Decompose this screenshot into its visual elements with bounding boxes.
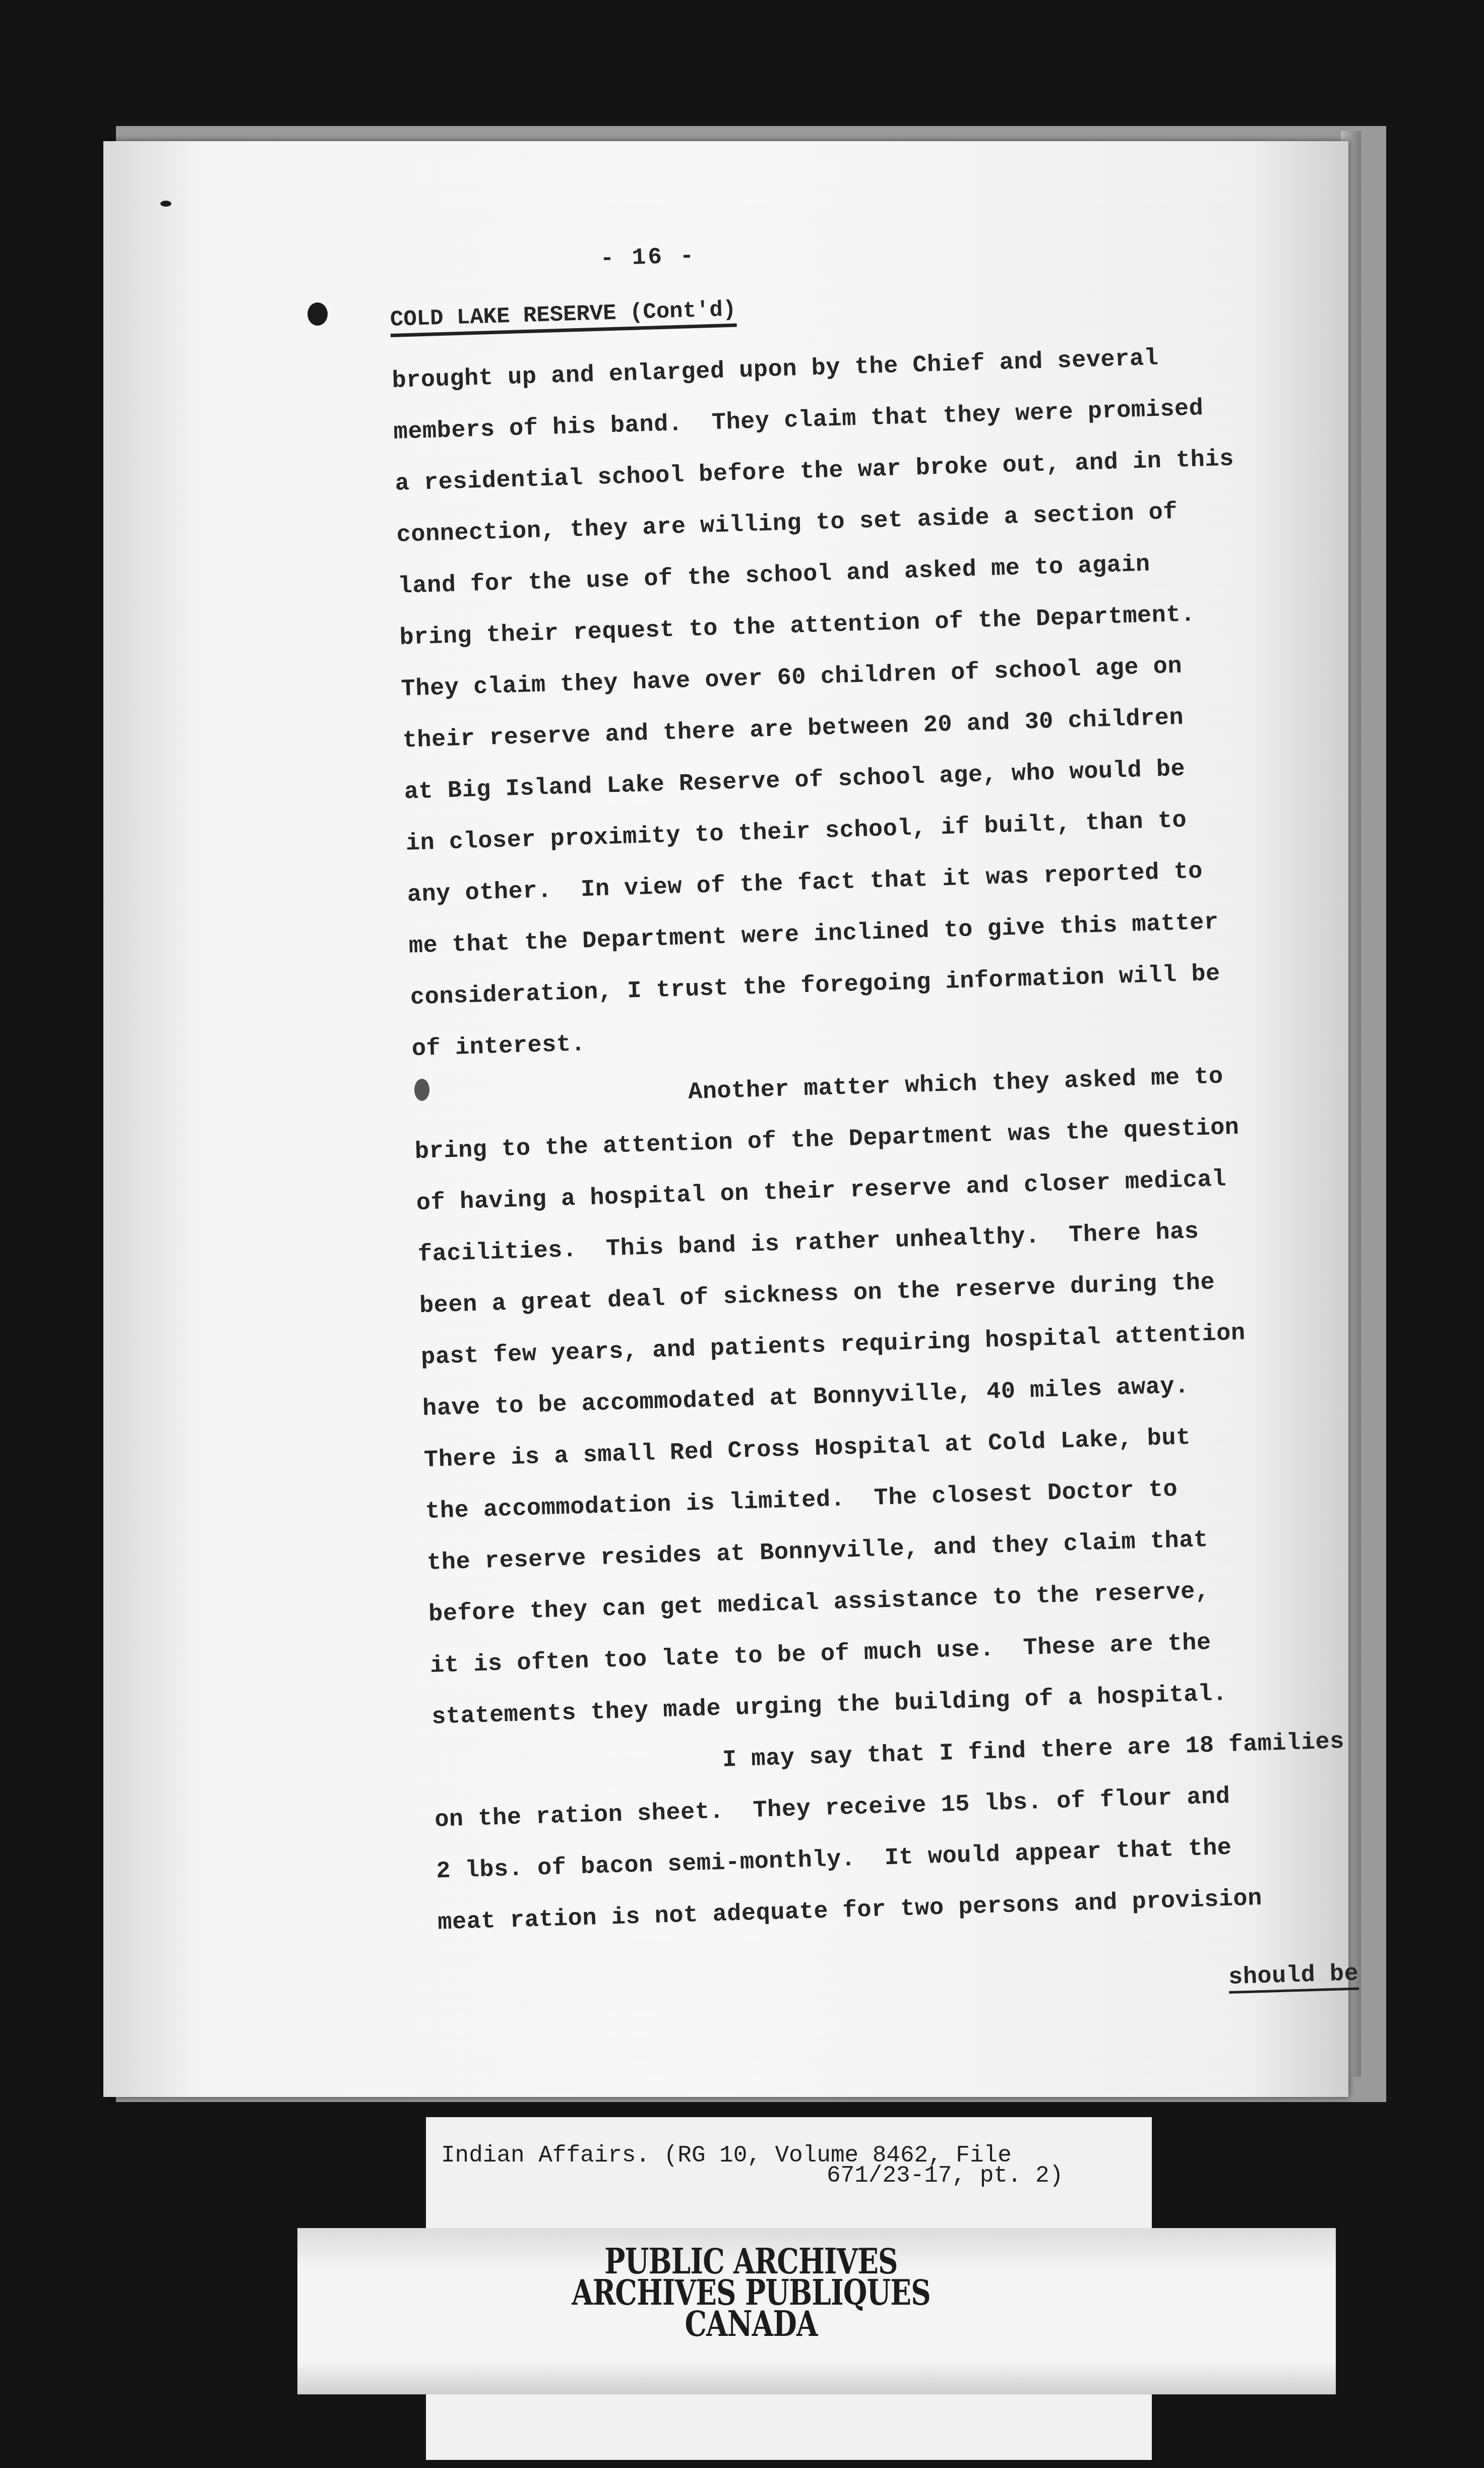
archive-reference-line-2: 671/23-17, pt. 2)	[827, 2163, 1063, 2189]
film-speck	[307, 302, 328, 326]
page-number: - 16 -	[600, 243, 696, 272]
continuation-catchword: should be	[1169, 1934, 1360, 2019]
archive-stamp: PUBLIC ARCHIVES ARCHIVES PUBLIQUES CANAD…	[563, 2246, 940, 2339]
text-line: of interest.	[411, 1031, 586, 1063]
continuation-text: should be	[1228, 1960, 1359, 1994]
film-speck	[414, 1079, 429, 1101]
film-speck	[160, 201, 171, 207]
